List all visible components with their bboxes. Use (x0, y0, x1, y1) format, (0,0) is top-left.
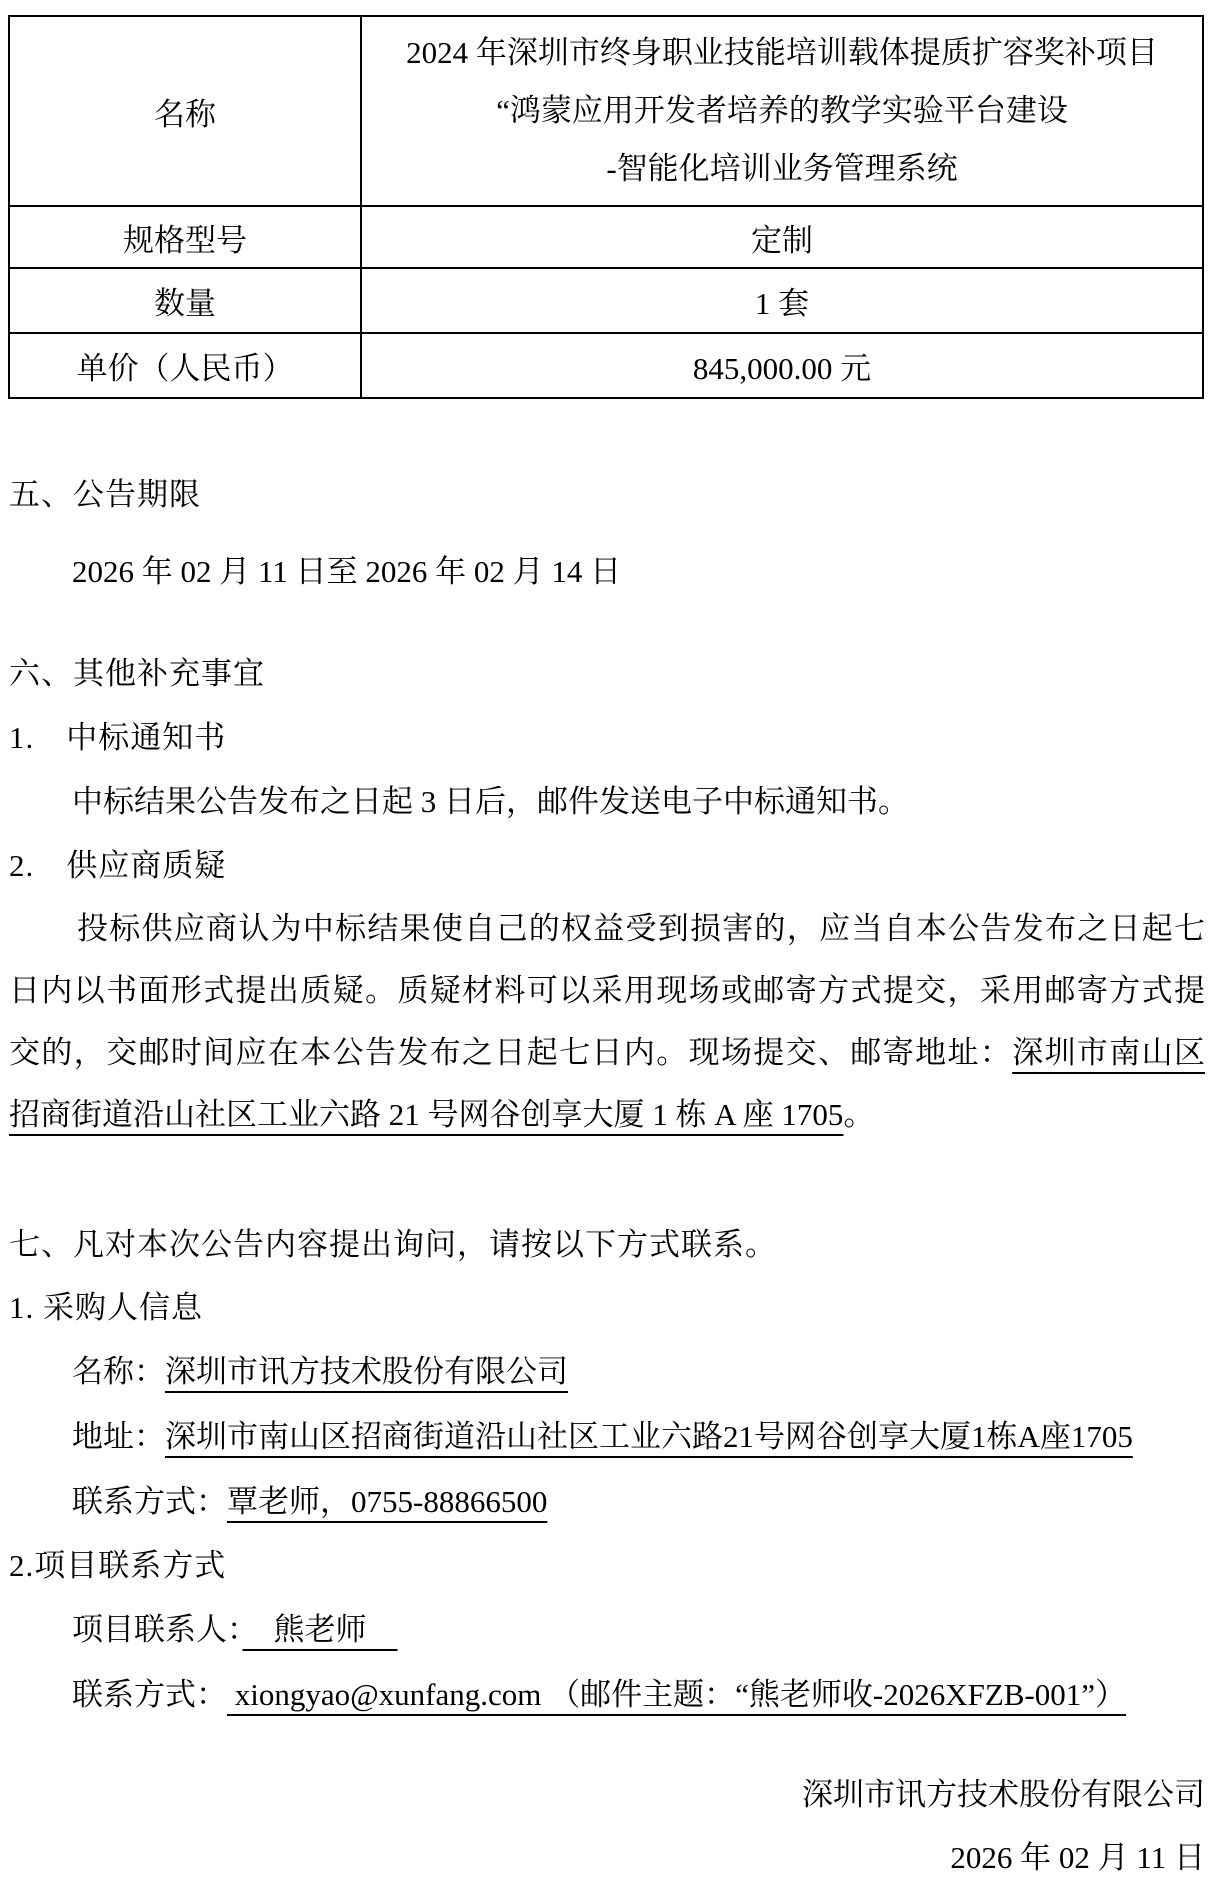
purchaser-address-line: 地址：深圳市南山区招商街道沿山社区工业六路21号网谷创享大厦1栋A座1705 (72, 1416, 1133, 1458)
project-contact-label: 项目联系人： (72, 1612, 243, 1647)
project-contact-heading: 2.项目联系方式 (9, 1545, 226, 1587)
section7-heading: 七、凡对本次公告内容提出询问，请按以下方式联系。 (9, 1224, 777, 1266)
row-spec-value: 定制 (361, 206, 1203, 268)
purchaser-contact-value: 覃老师，0755-88866500 (227, 1484, 547, 1519)
purchaser-name-line: 名称：深圳市讯方技术股份有限公司 (72, 1351, 568, 1393)
project-email-label: 联系方式： (72, 1677, 227, 1712)
section6-item1-body: 中标结果公告发布之日起 3 日后，邮件发送电子中标通知书。 (72, 781, 909, 823)
project-contact-line: 项目联系人： 熊老师 (72, 1609, 398, 1651)
table-row-spec: 规格型号 定制 (9, 206, 1203, 268)
objection-address-part-2: 招商街道沿山社区工业六路 21 号网谷创享大厦 1 栋 A 座 1705 (9, 1097, 843, 1132)
row-spec-label: 规格型号 (9, 206, 361, 268)
objection-line-1: 投标供应商认为中标结果使自己的权益受到损害的，应当自本公告发布之日起七 (9, 898, 1205, 960)
item-info-table: 名称 2024 年深圳市终身职业技能培训载体提质扩容奖补项目 “鸿蒙应用开发者培… (8, 15, 1204, 399)
purchaser-contact-line: 联系方式：覃老师，0755-88866500 (72, 1481, 547, 1523)
row-unit-price-value: 845,000.00 元 (361, 333, 1203, 398)
objection-address-part-1: 深圳市南山区 (1012, 1035, 1205, 1070)
project-email-value: xiongyao@xunfang.com （邮件主题：“熊老师收-2026XFZ… (227, 1677, 1126, 1712)
table-row-quantity: 数量 1 套 (9, 268, 1203, 333)
project-title-line-1: 2024 年深圳市终身职业技能培训载体提质扩容奖补项目 (362, 24, 1202, 82)
objection-line-4: 招商街道沿山社区工业六路 21 号网谷创享大厦 1 栋 A 座 1705。 (9, 1084, 1205, 1146)
purchaser-address-value: 深圳市南山区招商街道沿山社区工业六路21号网谷创享大厦1栋A座1705 (165, 1419, 1133, 1454)
section5-heading: 五、公告期限 (9, 474, 201, 516)
row-name-value: 2024 年深圳市终身职业技能培训载体提质扩容奖补项目 “鸿蒙应用开发者培养的教… (361, 16, 1203, 206)
project-title-line-3: -智能化培训业务管理系统 (362, 140, 1202, 198)
objection-line-4-period: 。 (843, 1097, 874, 1132)
purchaser-address-label: 地址： (72, 1419, 165, 1454)
objection-paragraph: 投标供应商认为中标结果使自己的权益受到损害的，应当自本公告发布之日起七 日内以书… (9, 898, 1205, 1146)
section6-item2-title: 2. 供应商质疑 (9, 845, 226, 887)
footer-date: 2026 年 02 月 11 日 (9, 1837, 1213, 1879)
purchaser-info-heading: 1. 采购人信息 (9, 1287, 203, 1329)
table-row-name: 名称 2024 年深圳市终身职业技能培训载体提质扩容奖补项目 “鸿蒙应用开发者培… (9, 16, 1203, 206)
row-name-label: 名称 (9, 16, 361, 206)
section5-period: 2026 年 02 月 11 日至 2026 年 02 月 14 日 (72, 551, 621, 593)
section6-heading: 六、其他补充事宜 (9, 653, 265, 695)
project-contact-value: 熊老师 (243, 1612, 398, 1647)
purchaser-name-label: 名称： (72, 1354, 165, 1389)
project-email-line: 联系方式： xiongyao@xunfang.com （邮件主题：“熊老师收-2… (72, 1674, 1126, 1716)
document-page: 名称 2024 年深圳市终身职业技能培训载体提质扩容奖补项目 “鸿蒙应用开发者培… (0, 0, 1214, 1896)
project-title-line-2: “鸿蒙应用开发者培养的教学实验平台建设 (362, 82, 1202, 140)
row-quantity-value: 1 套 (361, 268, 1203, 333)
purchaser-name-value: 深圳市讯方技术股份有限公司 (165, 1354, 568, 1389)
purchaser-contact-label: 联系方式： (72, 1484, 227, 1519)
objection-line-2: 日内以书面形式提出质疑。质疑材料可以采用现场或邮寄方式提交，采用邮寄方式提 (9, 960, 1205, 1022)
objection-line-3-text: 交的，交邮时间应在本公告发布之日起七日内。现场提交、邮寄地址： (9, 1035, 1012, 1070)
row-unit-price-label: 单价（人民币） (9, 333, 361, 398)
table-row-unit-price: 单价（人民币） 845,000.00 元 (9, 333, 1203, 398)
row-quantity-label: 数量 (9, 268, 361, 333)
footer-company: 深圳市讯方技术股份有限公司 (9, 1774, 1209, 1816)
objection-line-3: 交的，交邮时间应在本公告发布之日起七日内。现场提交、邮寄地址：深圳市南山区 (9, 1022, 1205, 1084)
section6-item1-title: 1. 中标通知书 (9, 717, 226, 759)
